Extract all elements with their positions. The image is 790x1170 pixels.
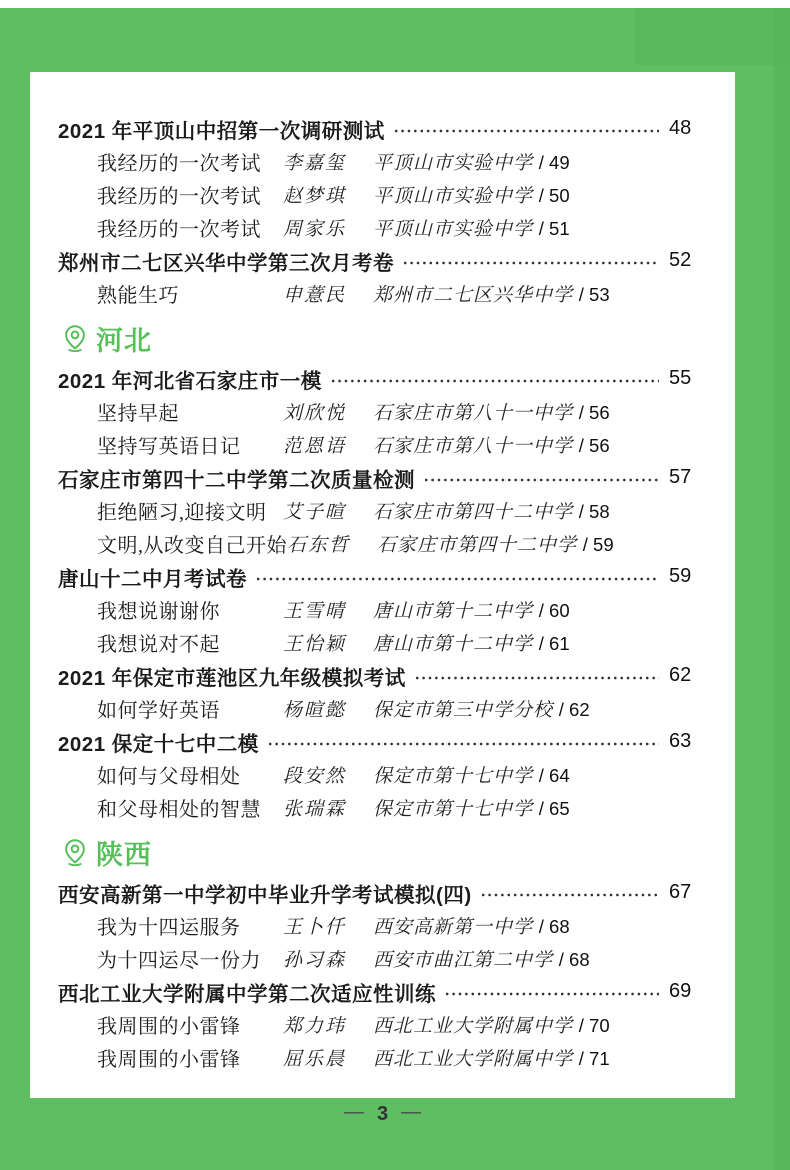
section-title: 2021 保定十七中二模 bbox=[58, 727, 259, 757]
section-page-number: 59 bbox=[669, 565, 699, 588]
toc-section-row: 2021 保定十七中二模 63 bbox=[58, 725, 699, 758]
section-title: 西安高新第一中学初中毕业升学考试模拟(四) bbox=[58, 878, 472, 908]
toc-entry-row: 如何与父母相处 段安然 保定市第十七中学 / 64 bbox=[97, 758, 699, 791]
toc-entry-row: 我经历的一次考试 周家乐 平顶山市实验中学 / 51 bbox=[97, 211, 699, 244]
entry-page-number: / 49 bbox=[539, 152, 570, 173]
school-name: 保定市第十七中学 / 65 bbox=[373, 794, 570, 821]
school-name: 西安高新第一中学 / 68 bbox=[373, 912, 570, 939]
toc-section-row: 郑州市二七区兴华中学第三次月考卷 52 bbox=[58, 244, 699, 277]
essay-title: 我经历的一次考试 bbox=[97, 147, 283, 176]
author-name: 李嘉玺 bbox=[283, 148, 373, 175]
dot-leader bbox=[423, 473, 659, 487]
school-name: 石家庄市第八十一中学 / 56 bbox=[373, 431, 610, 458]
section-title: 2021 年河北省石家庄市一模 bbox=[58, 364, 322, 394]
author-name: 王卜仟 bbox=[283, 912, 373, 939]
school-name: 石家庄市第四十二中学 / 58 bbox=[373, 497, 610, 524]
dot-leader bbox=[480, 888, 659, 902]
entry-page-number: / 68 bbox=[559, 949, 590, 970]
page-number-footer: —3— bbox=[30, 1103, 735, 1126]
region-header: 陕西 bbox=[60, 832, 699, 872]
entry-page-number: / 62 bbox=[559, 699, 590, 720]
essay-title: 如何与父母相处 bbox=[97, 760, 283, 789]
section-title: 2021 年保定市莲池区九年级模拟考试 bbox=[58, 661, 406, 691]
toc-section-row: 2021 年保定市莲池区九年级模拟考试 62 bbox=[58, 659, 699, 692]
scan-shade-right-edge bbox=[774, 8, 790, 1170]
author-name: 段安然 bbox=[283, 761, 373, 788]
section-title: 石家庄市第四十二中学第二次质量检测 bbox=[58, 463, 415, 493]
school-name: 平顶山市实验中学 / 50 bbox=[373, 181, 570, 208]
essay-title: 我经历的一次考试 bbox=[97, 213, 283, 242]
school-name: 平顶山市实验中学 / 51 bbox=[373, 214, 570, 241]
essay-title: 文明,从改变自己开始 bbox=[97, 529, 287, 558]
essay-title: 我周围的小雷锋 bbox=[97, 1010, 283, 1039]
region-header: 河北 bbox=[60, 318, 699, 358]
toc-entry-row: 坚持写英语日记 范恩语 石家庄市第八十一中学 / 56 bbox=[97, 428, 699, 461]
entry-page-number: / 56 bbox=[579, 435, 610, 456]
school-name: 唐山市第十二中学 / 60 bbox=[373, 596, 570, 623]
toc-entry-row: 我经历的一次考试 李嘉玺 平顶山市实验中学 / 49 bbox=[97, 145, 699, 178]
school-name: 唐山市第十二中学 / 61 bbox=[373, 629, 570, 656]
school-name: 石家庄市第八十一中学 / 56 bbox=[373, 398, 610, 425]
author-name: 王怡颖 bbox=[283, 629, 373, 656]
toc-entry-row: 我想说对不起 王怡颖 唐山市第十二中学 / 61 bbox=[97, 626, 699, 659]
entry-page-number: / 59 bbox=[583, 534, 614, 555]
school-name: 西北工业大学附属中学 / 70 bbox=[373, 1011, 610, 1038]
toc-entry-row: 如何学好英语 杨暄懿 保定市第三中学分校 / 62 bbox=[97, 692, 699, 725]
toc-entry-row: 我周围的小雷锋 郑力玮 西北工业大学附属中学 / 70 bbox=[97, 1008, 699, 1041]
section-page-number: 62 bbox=[669, 664, 699, 687]
school-name: 平顶山市实验中学 / 49 bbox=[373, 148, 570, 175]
essay-title: 我周围的小雷锋 bbox=[97, 1043, 283, 1072]
author-name: 艾子暄 bbox=[283, 497, 373, 524]
footer-dash-left: — bbox=[344, 1101, 364, 1124]
school-name: 保定市第十七中学 / 64 bbox=[373, 761, 570, 788]
dot-leader bbox=[393, 124, 659, 138]
section-title: 2021 年平顶山中招第一次调研测试 bbox=[58, 114, 385, 144]
school-name: 保定市第三中学分校 / 62 bbox=[373, 695, 590, 722]
toc-entry-row: 我周围的小雷锋 屈乐晨 西北工业大学附属中学 / 71 bbox=[97, 1041, 699, 1074]
dot-leader bbox=[402, 256, 659, 270]
school-name: 郑州市二七区兴华中学 / 53 bbox=[373, 280, 610, 307]
essay-title: 拒绝陋习,迎接文明 bbox=[97, 496, 283, 525]
entry-page-number: / 60 bbox=[539, 600, 570, 621]
section-page-number: 69 bbox=[669, 980, 699, 1003]
dot-leader bbox=[267, 737, 659, 751]
scan-shade-top-right bbox=[635, 8, 790, 65]
author-name: 杨暄懿 bbox=[283, 695, 373, 722]
toc-entry-row: 拒绝陋习,迎接文明 艾子暄 石家庄市第四十二中学 / 58 bbox=[97, 494, 699, 527]
essay-title: 熟能生巧 bbox=[97, 279, 283, 308]
dot-leader bbox=[255, 572, 659, 586]
section-page-number: 67 bbox=[669, 881, 699, 904]
entry-page-number: / 50 bbox=[539, 185, 570, 206]
section-title: 郑州市二七区兴华中学第三次月考卷 bbox=[58, 246, 394, 276]
school-name: 西安市曲江第二中学 / 68 bbox=[373, 945, 590, 972]
entry-page-number: / 64 bbox=[539, 765, 570, 786]
toc-entry-row: 我想说谢谢你 王雪晴 唐山市第十二中学 / 60 bbox=[97, 593, 699, 626]
section-title: 唐山十二中月考试卷 bbox=[58, 562, 247, 592]
entry-page-number: / 56 bbox=[579, 402, 610, 423]
entry-page-number: / 71 bbox=[579, 1048, 610, 1069]
toc-entry-row: 文明,从改变自己开始 石东哲 石家庄市第四十二中学 / 59 bbox=[97, 527, 699, 560]
entry-page-number: / 58 bbox=[579, 501, 610, 522]
footer-dash-right: — bbox=[401, 1101, 421, 1124]
region-label: 河北 bbox=[96, 319, 152, 358]
dot-leader bbox=[414, 671, 659, 685]
essay-title: 我为十四运服务 bbox=[97, 911, 283, 940]
entry-page-number: / 53 bbox=[579, 284, 610, 305]
footer-page-number: 3 bbox=[377, 1103, 388, 1125]
location-pin-icon bbox=[60, 837, 90, 867]
author-name: 孙习森 bbox=[283, 945, 373, 972]
essay-title: 如何学好英语 bbox=[97, 694, 283, 723]
author-name: 周家乐 bbox=[283, 214, 373, 241]
toc-entry-row: 我为十四运服务 王卜仟 西安高新第一中学 / 68 bbox=[97, 909, 699, 942]
author-name: 范恩语 bbox=[283, 431, 373, 458]
section-page-number: 55 bbox=[669, 367, 699, 390]
section-page-number: 63 bbox=[669, 730, 699, 753]
section-title: 西北工业大学附属中学第二次适应性训练 bbox=[58, 977, 436, 1007]
entry-page-number: / 65 bbox=[539, 798, 570, 819]
school-name: 西北工业大学附属中学 / 71 bbox=[373, 1044, 610, 1071]
essay-title: 我经历的一次考试 bbox=[97, 180, 283, 209]
section-page-number: 52 bbox=[669, 249, 699, 272]
author-name: 郑力玮 bbox=[283, 1011, 373, 1038]
entry-page-number: / 51 bbox=[539, 218, 570, 239]
dot-leader bbox=[330, 374, 659, 388]
essay-title: 我想说对不起 bbox=[97, 628, 283, 657]
book-page: 2021 年平顶山中招第一次调研测试 48 我经历的一次考试 李嘉玺 平顶山市实… bbox=[0, 0, 790, 1170]
location-pin-icon bbox=[60, 323, 90, 353]
toc-entry-row: 我经历的一次考试 赵梦琪 平顶山市实验中学 / 50 bbox=[97, 178, 699, 211]
author-name: 屈乐晨 bbox=[283, 1044, 373, 1071]
toc-section-row: 石家庄市第四十二中学第二次质量检测 57 bbox=[58, 461, 699, 494]
author-name: 刘欣悦 bbox=[283, 398, 373, 425]
author-name: 石东哲 bbox=[287, 530, 377, 557]
author-name: 赵梦琪 bbox=[283, 181, 373, 208]
region-label: 陕西 bbox=[96, 833, 152, 872]
entry-page-number: / 61 bbox=[539, 633, 570, 654]
author-name: 申薏民 bbox=[283, 280, 373, 307]
essay-title: 为十四运尽一份力 bbox=[97, 944, 283, 973]
section-page-number: 48 bbox=[669, 117, 699, 140]
toc-section-row: 唐山十二中月考试卷 59 bbox=[58, 560, 699, 593]
school-name: 石家庄市第四十二中学 / 59 bbox=[377, 530, 614, 557]
toc-card: 2021 年平顶山中招第一次调研测试 48 我经历的一次考试 李嘉玺 平顶山市实… bbox=[30, 72, 735, 1098]
essay-title: 我想说谢谢你 bbox=[97, 595, 283, 624]
section-page-number: 57 bbox=[669, 466, 699, 489]
entry-page-number: / 70 bbox=[579, 1015, 610, 1036]
toc-list: 2021 年平顶山中招第一次调研测试 48 我经历的一次考试 李嘉玺 平顶山市实… bbox=[58, 112, 699, 1074]
author-name: 张瑞霖 bbox=[283, 794, 373, 821]
toc-section-row: 2021 年平顶山中招第一次调研测试 48 bbox=[58, 112, 699, 145]
toc-section-row: 西北工业大学附属中学第二次适应性训练 69 bbox=[58, 975, 699, 1008]
toc-section-row: 2021 年河北省石家庄市一模 55 bbox=[58, 362, 699, 395]
toc-section-row: 西安高新第一中学初中毕业升学考试模拟(四) 67 bbox=[58, 876, 699, 909]
essay-title: 坚持写英语日记 bbox=[97, 430, 283, 459]
essay-title: 和父母相处的智慧 bbox=[97, 793, 283, 822]
toc-entry-row: 为十四运尽一份力 孙习森 西安市曲江第二中学 / 68 bbox=[97, 942, 699, 975]
toc-entry-row: 坚持早起 刘欣悦 石家庄市第八十一中学 / 56 bbox=[97, 395, 699, 428]
toc-entry-row: 熟能生巧 申薏民 郑州市二七区兴华中学 / 53 bbox=[97, 277, 699, 310]
toc-entry-row: 和父母相处的智慧 张瑞霖 保定市第十七中学 / 65 bbox=[97, 791, 699, 824]
essay-title: 坚持早起 bbox=[97, 397, 283, 426]
author-name: 王雪晴 bbox=[283, 596, 373, 623]
entry-page-number: / 68 bbox=[539, 916, 570, 937]
dot-leader bbox=[444, 987, 659, 1001]
